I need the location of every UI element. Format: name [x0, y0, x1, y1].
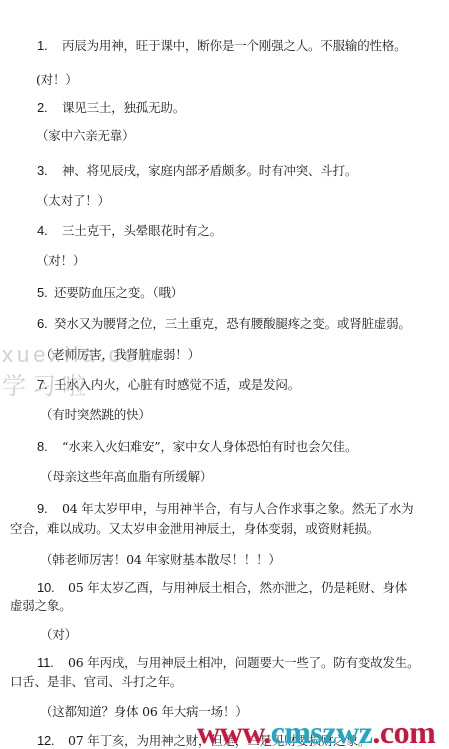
- item-2-note: （家中六亲无靠）: [36, 128, 134, 144]
- item-9-continued: 空合，难以成功。又太岁申金泄用神辰土，身体变弱，或资财耗损。: [10, 521, 379, 537]
- item-number: 5.: [37, 285, 54, 301]
- item-number: 8.: [37, 439, 62, 455]
- watermark-middle: cmszwz: [271, 714, 373, 749]
- item-11: 11.06 年丙戌，与用神辰土相冲，问题要大一些了。防有变故发生。: [37, 655, 419, 671]
- item-5: 5.还要防血压之变。（哦）: [37, 285, 183, 301]
- item-text: 丙辰为用神，旺于课中，断你是一个刚强之人。不服输的性格。: [62, 38, 406, 53]
- item-text: 癸水又为腰肾之位，三土重克，恐有腰酸腿疼之变。或肾脏虚弱。: [54, 316, 411, 331]
- item-text: 课见三土，独孤无助。: [62, 100, 185, 115]
- item-4-note: （对！）: [36, 253, 85, 269]
- item-text: 05 年太岁乙酉，与用神辰土相合，然亦泄之，仍是耗财、身体: [68, 580, 407, 595]
- item-6: 6.癸水又为腰肾之位，三土重克，恐有腰酸腿疼之变。或肾脏虚弱。: [37, 316, 411, 332]
- item-number: 9.: [37, 501, 62, 517]
- item-9: 9.04 年太岁甲申，与用神半合，有与人合作求事之象。然无了水为: [37, 501, 413, 517]
- item-1: 1.丙辰为用神，旺于课中，断你是一个刚强之人。不服输的性格。: [37, 38, 406, 54]
- item-7-note: （有时突然跳的快）: [40, 407, 151, 423]
- item-10: 10.05 年太岁乙酉，与用神辰土相合，然亦泄之，仍是耗财、身体: [37, 580, 407, 596]
- watermark-suffix: .com: [372, 714, 435, 749]
- item-number: 7.: [37, 377, 54, 393]
- item-number: 6.: [37, 316, 54, 332]
- item-3: 3.神、将见辰戌，家庭内部矛盾颇多。时有冲突、斗打。: [37, 163, 357, 179]
- item-text: “水来入火妇难安”，家中女人身体恐怕有时也会欠佳。: [62, 439, 357, 454]
- item-text: 神、将见辰戌，家庭内部矛盾颇多。时有冲突、斗打。: [62, 163, 357, 178]
- item-number: 1.: [37, 38, 62, 54]
- item-9-note: （韩老师厉害！04 年家财基本散尽！！！）: [40, 552, 281, 568]
- item-3-note: （太对了！）: [36, 193, 110, 209]
- item-10-note: （对）: [40, 627, 77, 643]
- item-text: 04 年太岁甲申，与用神半合，有与人合作求事之象。然无了水为: [62, 501, 413, 516]
- item-2: 2.课见三土，独孤无助。: [37, 100, 185, 116]
- item-text: 壬水入内火，心脏有时感觉不适，或是发闷。: [54, 377, 300, 392]
- item-text: 06 年丙戌，与用神辰土相冲，问题要大一些了。防有变故发生。: [68, 655, 419, 670]
- item-number: 4.: [37, 223, 62, 239]
- item-1-note: (对！）: [36, 72, 78, 88]
- item-7: 7.壬水入内火，心脏有时感觉不适，或是发闷。: [37, 377, 300, 393]
- item-number: 11.: [37, 655, 68, 671]
- item-text: 还要防血压之变。（哦）: [54, 285, 183, 300]
- watermark-prefix: www.: [197, 714, 271, 749]
- item-number: 12.: [37, 733, 68, 749]
- item-6-note: （老师厉害，我肾脏虚弱！）: [40, 347, 200, 363]
- watermark-site-logo: www.cmszwz.com: [197, 716, 435, 748]
- item-4: 4.三土克干，头晕眼花时有之。: [37, 223, 222, 239]
- item-number: 3.: [37, 163, 62, 179]
- item-11-continued: 口舌、是非、官司、斗打之年。: [10, 674, 182, 690]
- item-10-continued: 虚弱之象。: [10, 598, 72, 614]
- item-number: 10.: [37, 580, 68, 596]
- item-number: 2.: [37, 100, 62, 116]
- item-text: 三土克干，头晕眼花时有之。: [62, 223, 222, 238]
- item-8: 8.“水来入火妇难安”，家中女人身体恐怕有时也会欠佳。: [37, 439, 357, 455]
- item-8-note: （母亲这些年高血脂有所缓解）: [40, 469, 212, 485]
